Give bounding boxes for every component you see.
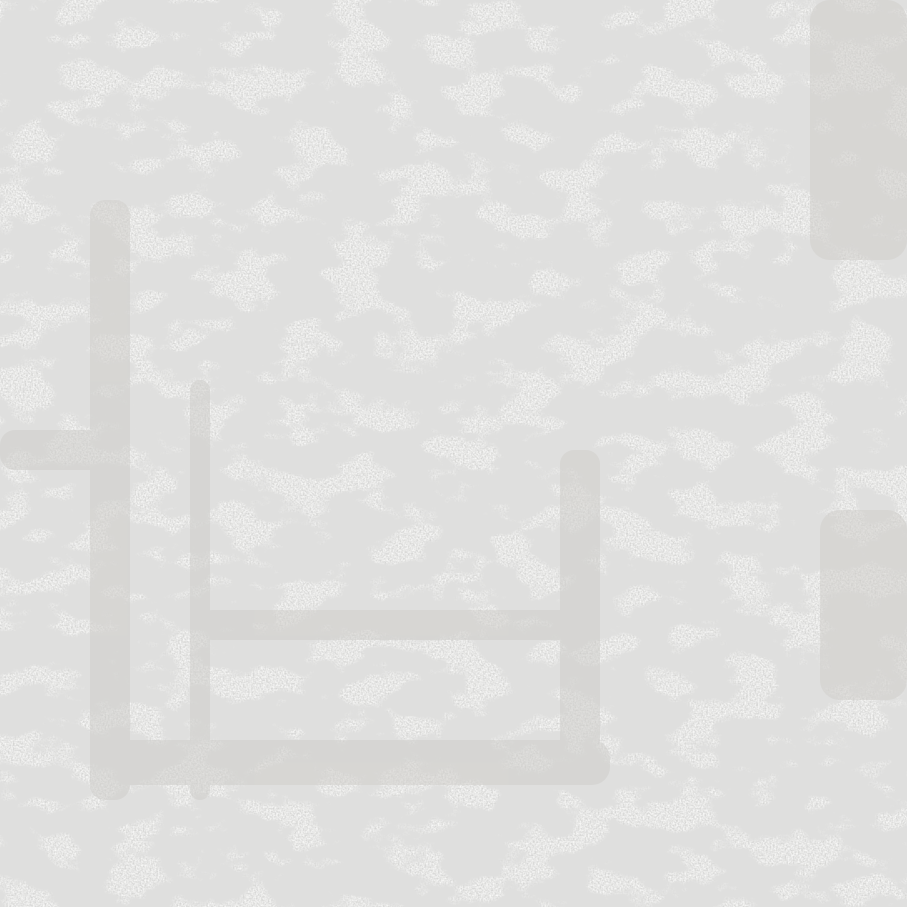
concrete-texture	[0, 0, 907, 907]
texture-pattern	[0, 0, 907, 907]
